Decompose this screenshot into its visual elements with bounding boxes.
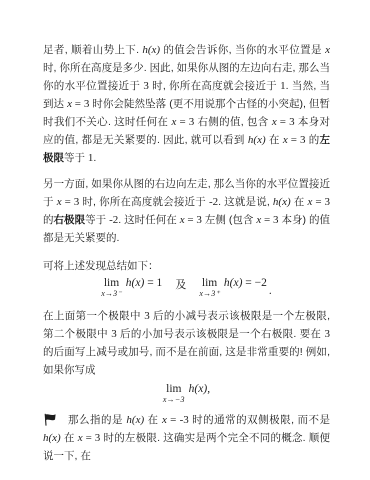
text-run: 后的小加号表示该极限是一个右极限. 要在: [117, 328, 325, 340]
text-run: 的: [43, 214, 54, 226]
text-run: 的值会告诉你, 当你的水平位置是: [160, 44, 325, 56]
equals-value: = 1: [144, 277, 162, 289]
lim-operator-stack: lim x→3⁺: [199, 277, 220, 298]
text-run: = 3: [288, 134, 306, 146]
text-run: 等于: [64, 152, 88, 164]
text-run: = 3: [185, 214, 202, 226]
equals-value: = −2: [242, 277, 266, 289]
text-run: 那么指的是: [68, 414, 126, 426]
lim-operator-stack: lim x→−3: [163, 383, 185, 404]
text-run: 时的通常的双侧极限, 而不是: [189, 414, 330, 426]
lim-word: lim: [166, 383, 181, 395]
text-run: = 3: [176, 116, 194, 128]
function-h-of-x: h(x): [126, 277, 145, 289]
text-run: 在: [266, 134, 283, 146]
text-run: = 3: [72, 98, 89, 110]
formula-one-sided-limits: lim x→3⁻ h(x) = 1 及 lim x→3⁺ h(x) = −2 .: [43, 277, 330, 301]
lim-subscript: x→−3: [163, 395, 185, 404]
text-run: x: [325, 44, 330, 56]
text-run: -2: [109, 214, 118, 226]
lim-subscript: x→3⁻: [101, 289, 122, 298]
text-run: = 3: [277, 116, 295, 128]
function-h-of-x: h(x): [224, 277, 243, 289]
text-run: 在: [61, 432, 78, 444]
paragraph-left-limit: 足者, 顺着山势上下. h(x) 的值会告诉你, 当你的水平位置是 x 时, 你…: [43, 41, 330, 167]
text-run: h(x): [142, 44, 160, 56]
formula-two-sided-limit: lim x→−3 h(x),: [43, 383, 330, 407]
text-run: h(x): [248, 134, 266, 146]
formula-period: .: [269, 285, 272, 297]
text-run: = -3: [167, 414, 189, 426]
text-run: = 3: [83, 432, 101, 444]
text-run: h(x): [126, 414, 144, 426]
text-run: 右侧的值, 包含: [194, 116, 272, 128]
text-run: 的: [306, 134, 320, 146]
lim-subscript: x→3⁺: [199, 289, 220, 298]
text-run: .: [93, 152, 96, 164]
text-run: 在: [144, 414, 162, 426]
lim-word: lim: [202, 277, 217, 289]
summary-intro-line: 可将上述发现总结如下：: [43, 257, 330, 275]
text-run: 3: [325, 328, 331, 340]
paragraph-right-limit: 另一方面, 如果你从图的右边向左走, 那么当你的水平位置接近于 x = 3 时,…: [43, 175, 330, 247]
flag-note-text: 那么指的是 h(x) 在 x = -3 时的通常的双侧极限, 而不是 h(x) …: [43, 414, 330, 462]
text-run: 右极限: [54, 214, 86, 226]
text-run: 时, 你所在高度就会接近于: [149, 80, 280, 92]
lim-operator-stack: lim x→3⁻: [101, 277, 122, 298]
text-run: -2: [209, 196, 218, 208]
text-run: = 3: [62, 196, 80, 208]
text-run: h(x): [273, 196, 291, 208]
text-run: 左侧 (包含: [202, 214, 256, 226]
two-sided-limit-expression: lim x→−3 h(x),: [163, 383, 210, 404]
paragraph-notation-warning: 在上面第一个极限中 3 后的小减号表示该极限是一个左极限, 第二个极限中 3 后…: [43, 307, 330, 379]
text-run: 时, 你所在高度就会接近于: [79, 196, 209, 208]
paragraph-flag-note: 那么指的是 h(x) 在 x = -3 时的通常的双侧极限, 而不是 h(x) …: [43, 411, 330, 465]
text-run: 在上面第一个极限中: [43, 310, 144, 322]
left-limit-expression: lim x→3⁻ h(x) = 1: [101, 277, 162, 298]
flag-icon: [43, 413, 57, 426]
trailing-comma: ,: [207, 383, 210, 395]
text-run: 等于: [85, 214, 109, 226]
text-run: 的后面写上减号或加号, 而不是在前面, 这是非常重要的! 例如, 如果你写成: [43, 346, 330, 376]
text-run: . 这时任何在: [118, 214, 179, 226]
text-run: = 3: [261, 214, 278, 226]
text-run: 足者, 顺着山势上下.: [43, 44, 142, 56]
right-limit-expression: lim x→3⁺ h(x) = −2: [199, 277, 267, 298]
text-run: . 这就是说,: [218, 196, 273, 208]
text-run: 在: [291, 196, 308, 208]
lim-word: lim: [104, 277, 119, 289]
text-run: = 3: [312, 196, 330, 208]
text-run: h(x): [43, 432, 61, 444]
connector-and: 及: [175, 277, 186, 291]
book-page: 足者, 顺着山势上下. h(x) 的值会告诉你, 当你的水平位置是 x 时, 你…: [0, 0, 370, 480]
function-h-of-x: h(x): [189, 383, 208, 395]
